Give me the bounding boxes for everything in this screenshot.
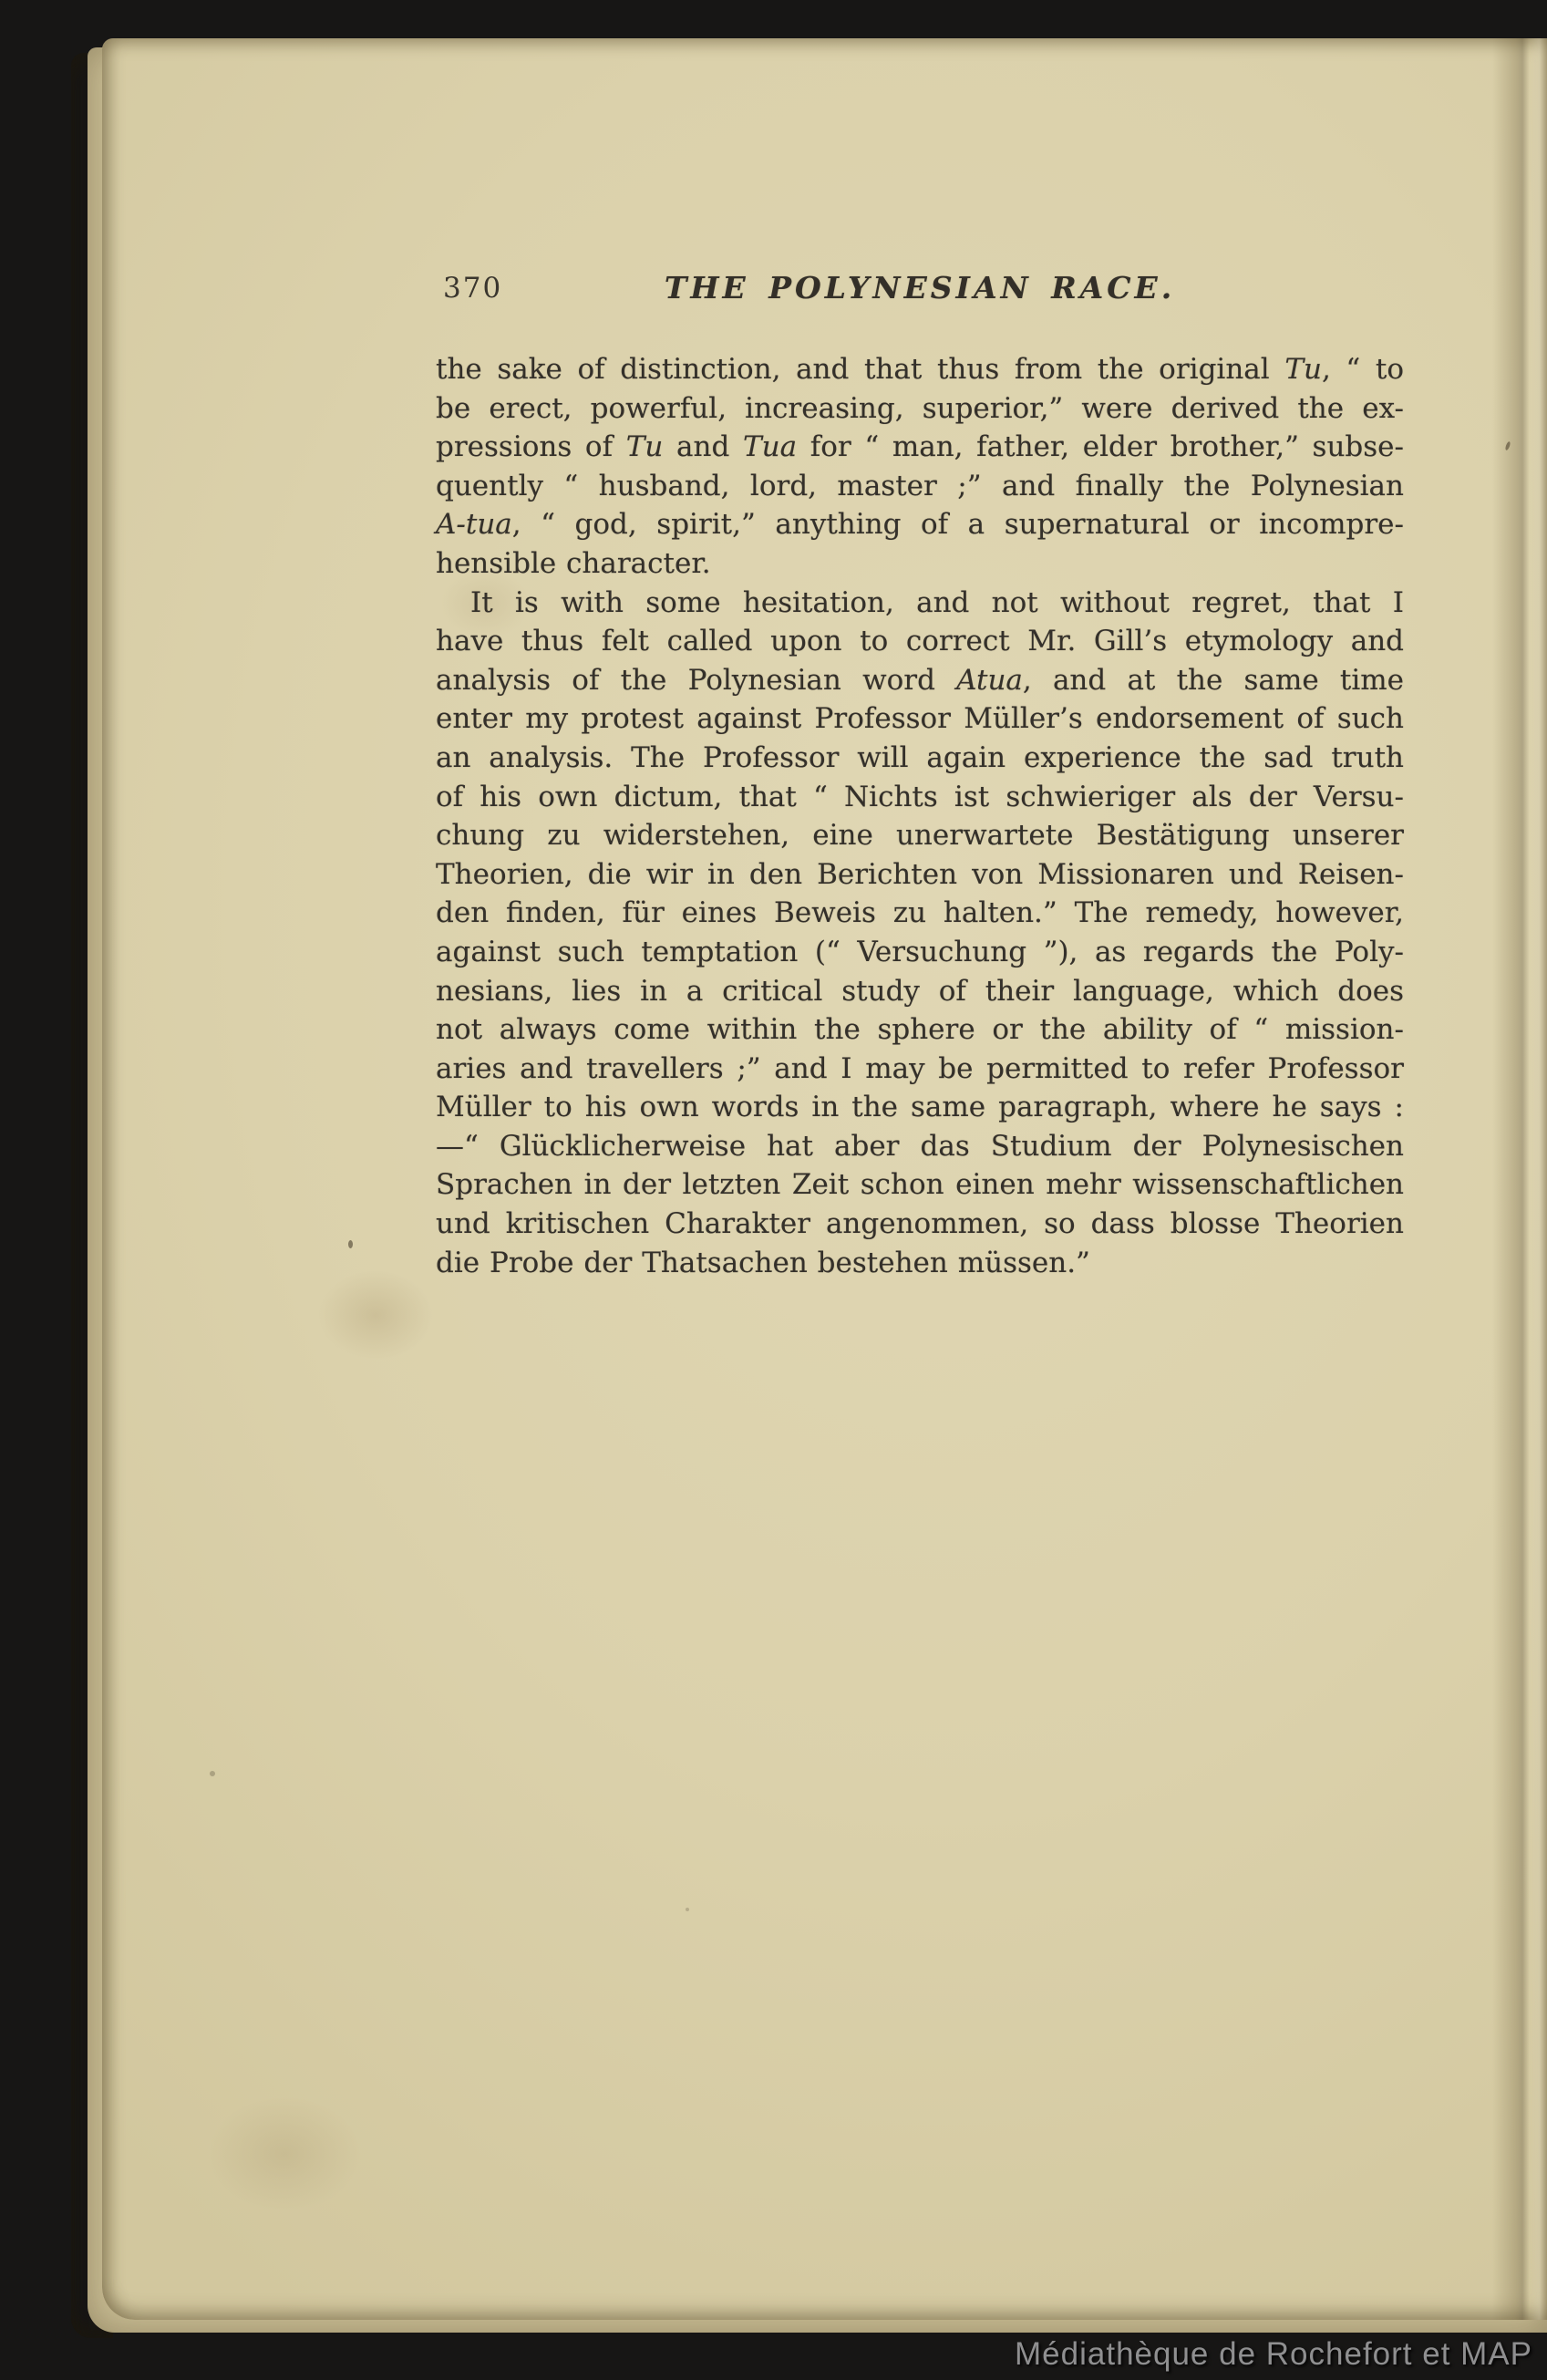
text-line: It is with some hesitation, and not with… (436, 584, 1404, 623)
text-segment: Theorien, die wir in den Berichten von M… (436, 858, 1404, 891)
scanned-book-photo: { "page": { "background_color": "#171615… (0, 0, 1547, 2380)
page-number: 370 (443, 272, 502, 305)
text-line: quently “ husband, lord, master ;” and f… (436, 467, 1404, 506)
text-segment: den finden, für eines Beweis zu halten.”… (436, 896, 1404, 929)
italic-word: Tu (626, 430, 664, 463)
text-segment: Sprachen in der letzten Zeit schon einen… (436, 1168, 1404, 1201)
text-segment: hensible character. (436, 547, 711, 580)
italic-word: Tu (1284, 353, 1322, 386)
text-segment: chung zu widerstehen, eine unerwartete B… (436, 819, 1404, 852)
text-line: den finden, für eines Beweis zu halten.”… (436, 894, 1404, 933)
text-segment: for “ man, father, elder brother,” subse… (797, 430, 1404, 463)
text-segment: and (663, 430, 743, 463)
text-line: enter my protest against Professor Mülle… (436, 699, 1404, 739)
text-segment: the sake of distinction, and that thus f… (436, 353, 1284, 386)
text-segment: , “ god, spirit,” anything of a supernat… (512, 508, 1404, 541)
text-segment: , “ to (1322, 353, 1404, 386)
text-line: Müller to his own words in the same para… (436, 1088, 1404, 1127)
text-line: Sprachen in der letzten Zeit schon einen… (436, 1165, 1404, 1205)
page-title: THE POLYNESIAN RACE. (436, 266, 1404, 305)
text-line: analysis of the Polynesian word Atua, an… (436, 661, 1404, 700)
paper-speck (348, 1240, 353, 1248)
text-block: the sake of distinction, and that thus f… (436, 350, 1404, 1282)
paper-speck (686, 1908, 689, 1911)
italic-word: Tua (743, 430, 797, 463)
text-segment: It is with some hesitation, and not with… (470, 586, 1404, 619)
text-line: die Probe der Thatsachen bestehen müssen… (436, 1244, 1404, 1283)
text-segment: enter my protest against Professor Mülle… (436, 702, 1404, 735)
text-segment: Müller to his own words in the same para… (436, 1091, 1404, 1123)
text-line: —“ Glücklicherweise hat aber das Studium… (436, 1127, 1404, 1166)
text-segment: analysis of the Polynesian word (436, 664, 956, 697)
text-line: pressions of Tu and Tua for “ man, fathe… (436, 428, 1404, 467)
paper-speck (1504, 441, 1511, 451)
text-segment: aries and travellers ;” and I may be per… (436, 1052, 1404, 1085)
text-segment: —“ Glücklicherweise hat aber das Studium… (436, 1130, 1404, 1163)
text-line: und kritischen Charakter angenommen, so … (436, 1205, 1404, 1244)
text-line: Theorien, die wir in den Berichten von M… (436, 855, 1404, 895)
text-line: against such temptation (“ Versuchung ”)… (436, 933, 1404, 972)
text-segment: against such temptation (“ Versuchung ”)… (436, 936, 1404, 968)
italic-word: A-tua (436, 508, 512, 541)
text-line: an analysis. The Professor will again ex… (436, 739, 1404, 778)
text-segment: und kritischen Charakter angenommen, so … (436, 1207, 1404, 1240)
running-head: 370 THE POLYNESIAN RACE. (436, 266, 1404, 314)
text-line: hensible character. (436, 544, 1404, 584)
text-line: chung zu widerstehen, eine unerwartete B… (436, 816, 1404, 855)
text-segment: nesians, lies in a critical study of the… (436, 975, 1404, 1008)
text-segment: not always come within the sphere or the… (436, 1013, 1404, 1046)
text-line: the sake of distinction, and that thus f… (436, 350, 1404, 389)
paper-speck (210, 1771, 215, 1776)
text-segment: pressions of (436, 430, 626, 463)
text-segment: have thus felt called upon to correct Mr… (436, 625, 1404, 657)
text-line: aries and travellers ;” and I may be per… (436, 1050, 1404, 1089)
text-line: be erect, powerful, increasing, superior… (436, 389, 1404, 429)
text-line: of his own dictum, that “ Nichts ist sch… (436, 778, 1404, 817)
text-segment: an analysis. The Professor will again ex… (436, 741, 1404, 774)
library-watermark: Médiathèque de Rochefort et MAP (1015, 2336, 1532, 2373)
text-segment: quently “ husband, lord, master ;” and f… (436, 470, 1404, 502)
text-segment: of his own dictum, that “ Nichts ist sch… (436, 781, 1404, 813)
printed-text-area: 370 THE POLYNESIAN RACE. the sake of dis… (436, 266, 1404, 1282)
text-segment: be erect, powerful, increasing, superior… (436, 392, 1404, 425)
text-line: nesians, lies in a critical study of the… (436, 972, 1404, 1011)
text-segment: die Probe der Thatsachen bestehen müssen… (436, 1247, 1090, 1279)
text-line: not always come within the sphere or the… (436, 1010, 1404, 1050)
italic-word: Atua (956, 664, 1023, 697)
text-line: have thus felt called upon to correct Mr… (436, 622, 1404, 661)
text-segment: , and at the same time (1023, 664, 1404, 697)
text-line: A-tua, “ god, spirit,” anything of a sup… (436, 505, 1404, 544)
